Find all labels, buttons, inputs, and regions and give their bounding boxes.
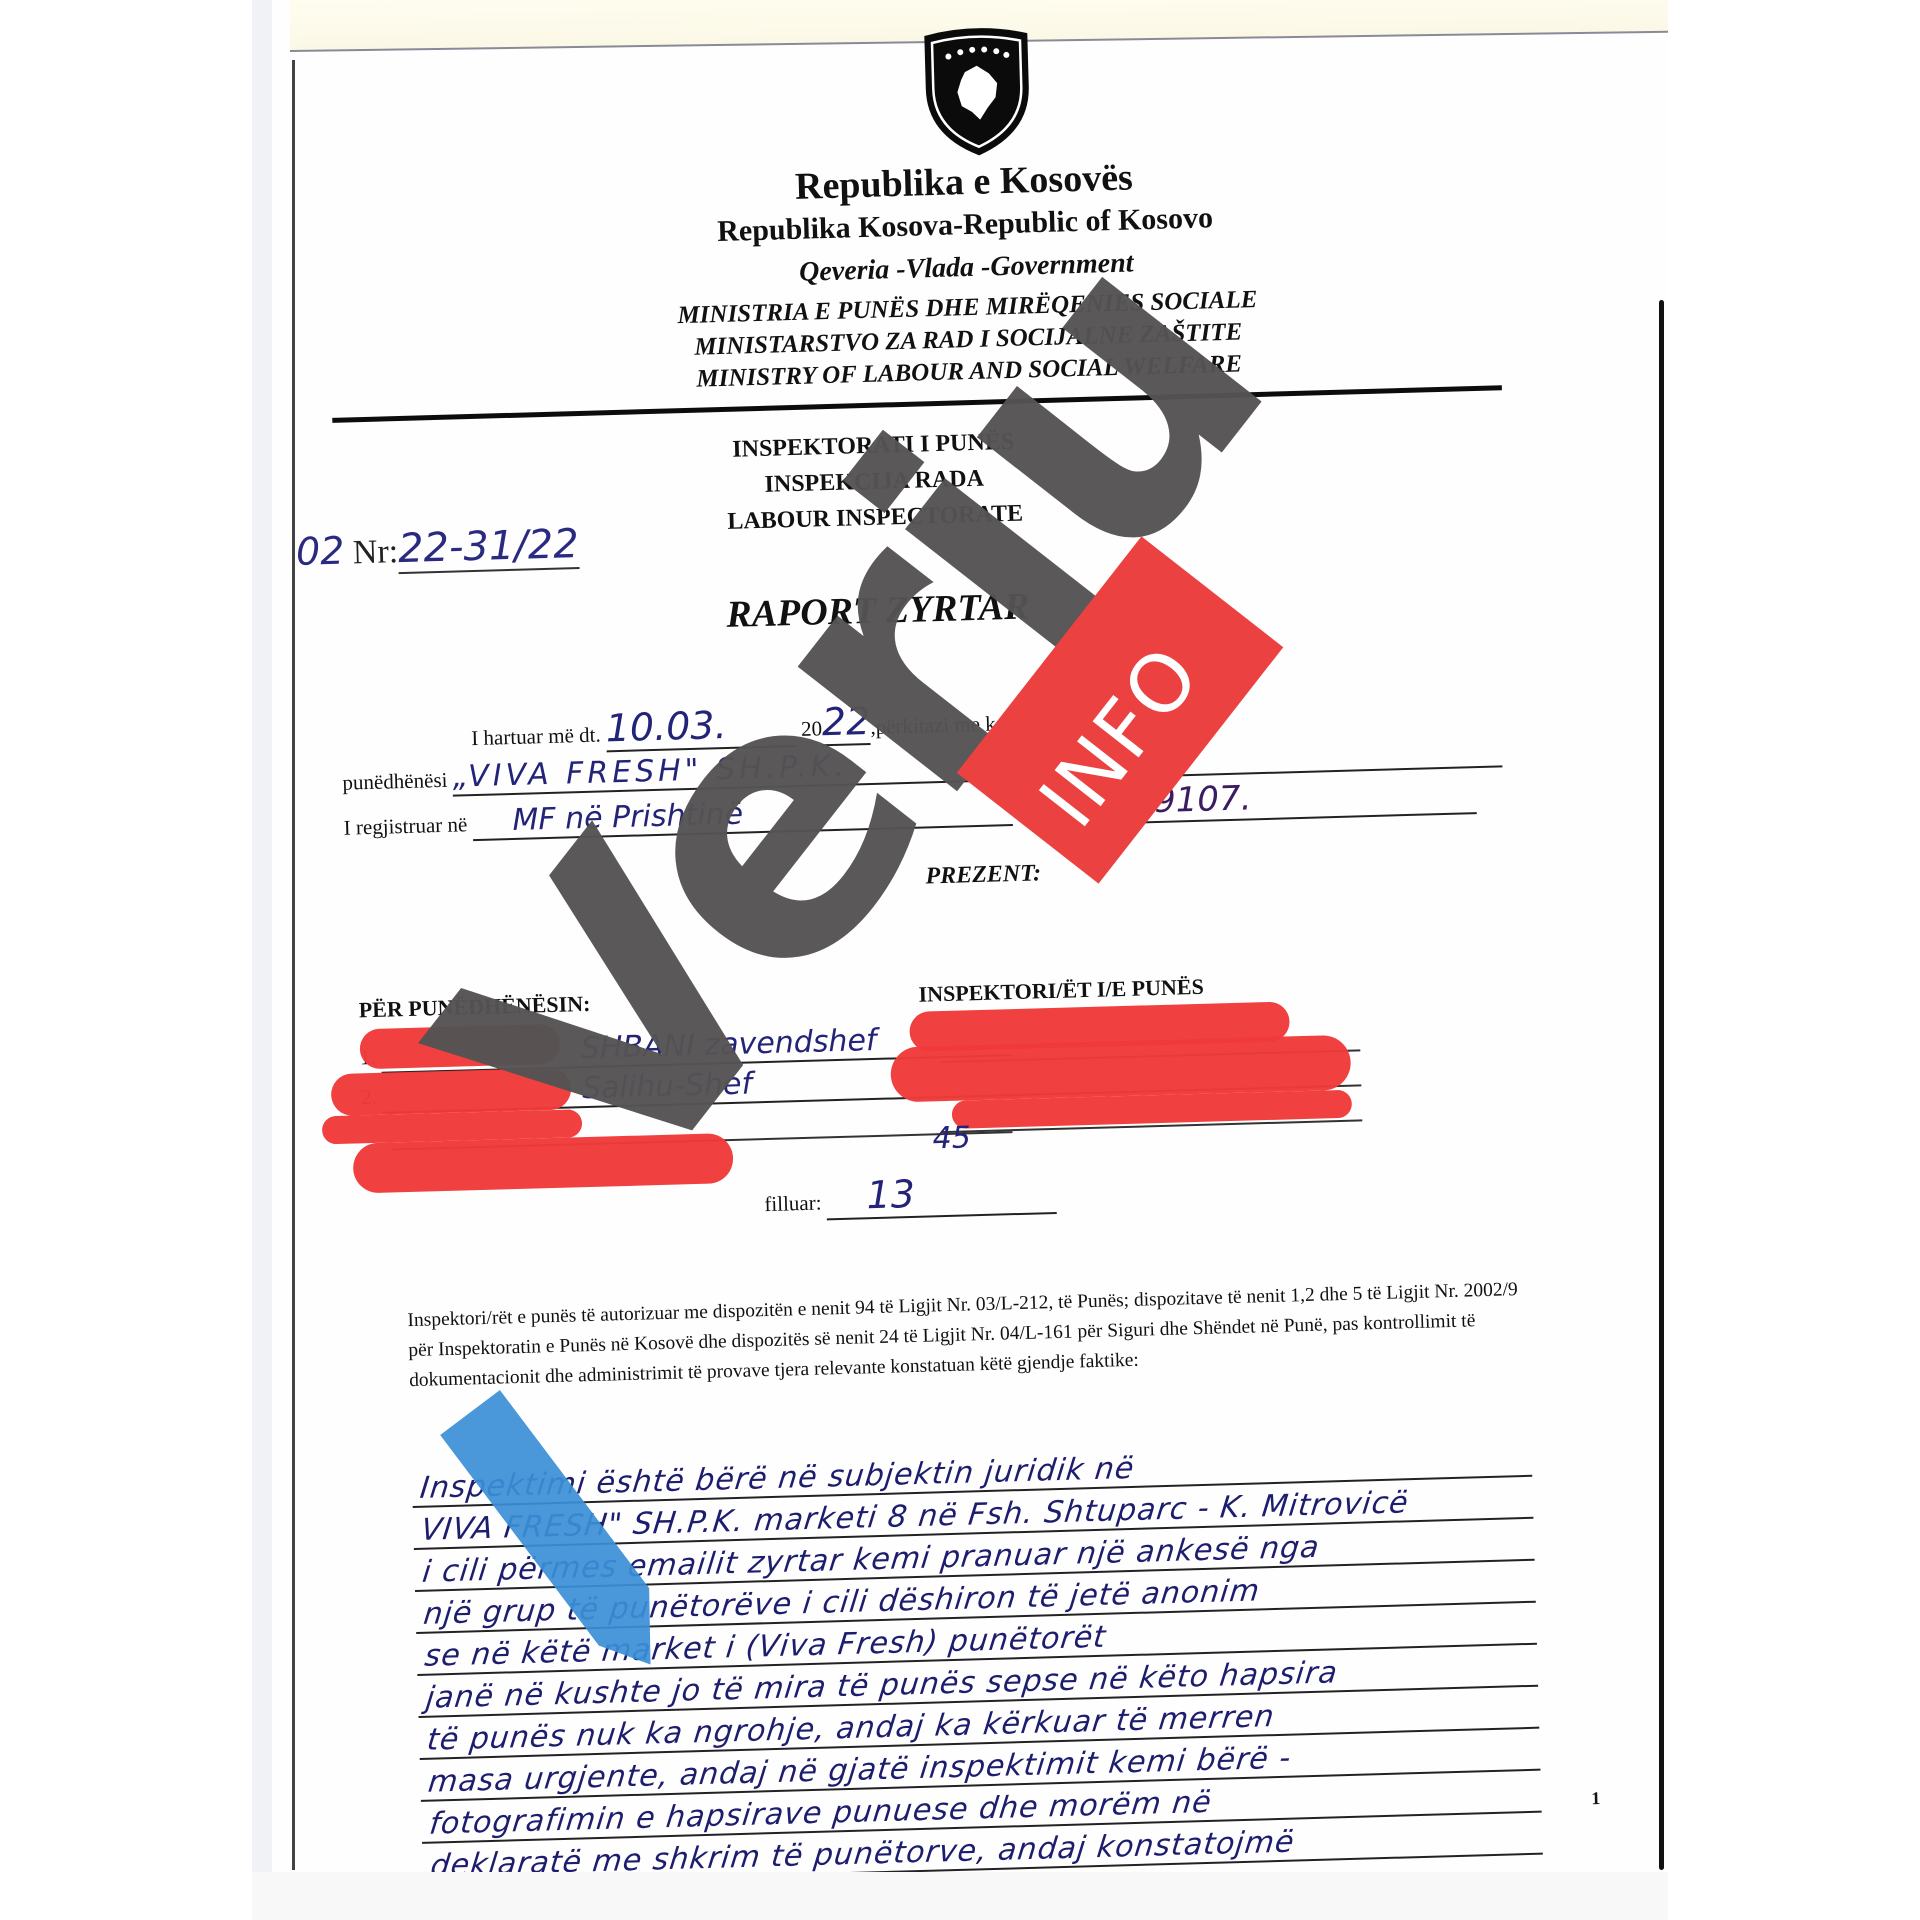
drafted-year-prefix: 20 <box>801 716 823 741</box>
kosovo-coat-of-arms-icon <box>906 26 1050 160</box>
official-report-page: Republika e Kosovës Republika Kosova-Rep… <box>272 0 1668 1872</box>
viewer-bottom-strip <box>252 1872 1668 1920</box>
started-minutes: 45 <box>932 1120 971 1156</box>
employer-label: punëdhënësi <box>342 768 448 795</box>
drafted-date: 10.03. <box>605 701 796 752</box>
reference-prefix: 02 <box>295 529 345 574</box>
reference-label: Nr: <box>352 533 398 571</box>
redaction-mark <box>359 1024 560 1070</box>
started-hour: 13 <box>826 1168 1057 1220</box>
drafted-after: ,përkitazi me kontrollimin inspektues te <box>870 706 1205 739</box>
drafted-year-suffix: 22 <box>821 699 871 746</box>
document-photo: Republika e Kosovës Republika Kosova-Rep… <box>272 0 1668 1872</box>
legal-basis-text: Inspektori/rët e punës të autorizuar me … <box>407 1275 1529 1396</box>
inspectorate-en: LABOUR INSPECTORATE <box>675 499 1076 537</box>
present-label: PREZENT: <box>285 842 1668 908</box>
reference-value: 22-31/22 <box>397 521 579 574</box>
inspectors-present-label: INSPEKTORI/ËT I/E PUNËS <box>918 974 1204 1008</box>
started-line: filluar: 13 45 <box>764 1168 1058 1222</box>
registered-nr-label: nr: <box>1017 796 1041 821</box>
inspectorate-sq: INSPEKTORATI I PUNËS <box>673 427 1074 465</box>
redaction-mark <box>353 1133 734 1194</box>
viewer-side-strip <box>252 0 272 1872</box>
document-title: RAPORT ZYRTAR <box>677 583 1078 638</box>
inspectorate-sr: INSPEKCIJA RADA <box>674 463 1075 501</box>
registered-value: MF në Prishtinë <box>472 789 1013 841</box>
findings-lines: Inspektimi është bërë në subjektin jurid… <box>412 1435 1543 1872</box>
employer-present-label: PËR PUNËDHËNËSIN: <box>358 991 590 1023</box>
drafted-label: I hartuar më dt. <box>471 723 601 751</box>
registered-nr-value: 600249107. <box>1045 772 1476 826</box>
started-label: filluar: <box>764 1191 822 1217</box>
redaction-mark <box>331 1067 572 1116</box>
page-number: 1 <box>1591 1788 1601 1809</box>
reference-number: 02 Nr:22-31/22 <box>295 521 579 575</box>
registered-label: I regjistruar në <box>343 812 467 839</box>
